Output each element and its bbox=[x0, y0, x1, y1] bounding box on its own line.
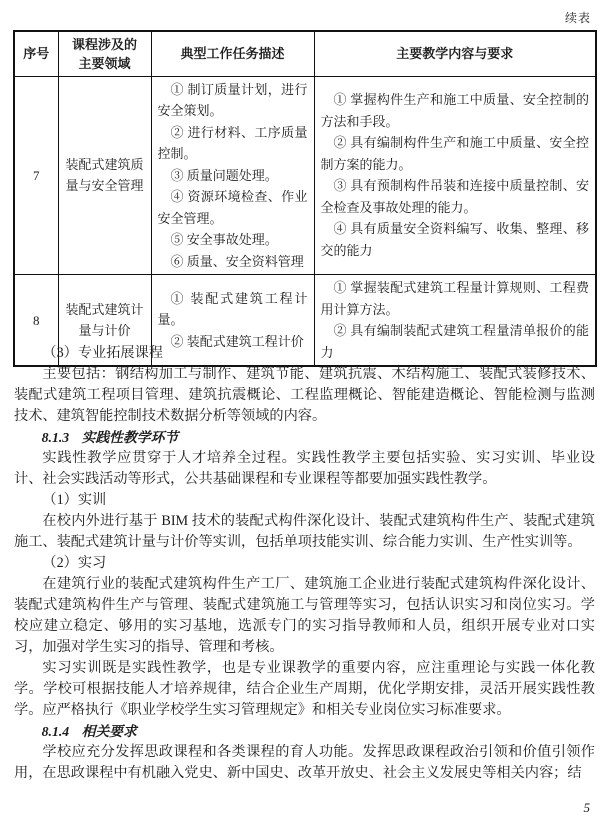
section-number: 8.1.3 bbox=[42, 430, 70, 445]
paragraph: 在校内外进行基于 BIM 技术的装配式构件深化设计、装配式建筑构件生产、装配式建… bbox=[14, 511, 595, 553]
body-text: （3）专业拓展课程 主要包括：钢结构加工与制作、建筑节能、建筑抗震、木结构施工、… bbox=[14, 343, 595, 784]
paragraph: 主要包括：钢结构加工与制作、建筑节能、建筑抗震、木结构施工、装配式装修技术、装配… bbox=[14, 364, 595, 427]
col-header-tasks: 典型工作任务描述 bbox=[151, 31, 314, 76]
col-header-contents: 主要教学内容与要求 bbox=[314, 31, 596, 76]
section-heading-814: 8.1.4相关要求 bbox=[14, 721, 595, 742]
section-title: 相关要求 bbox=[82, 724, 137, 739]
task-item: ⑥ 质量、安全资料管理 bbox=[158, 251, 308, 273]
content-item: ④ 具有质量安全资料编写、收集、整理、移交的能力 bbox=[321, 218, 590, 261]
task-item: ② 进行材料、工序质量控制。 bbox=[158, 122, 308, 165]
section-heading-813: 8.1.3实践性教学环节 bbox=[14, 427, 595, 448]
table-row: 7 装配式建筑质量与安全管理 ① 制订质量计划，进行安全策划。 ② 进行材料、工… bbox=[14, 76, 596, 275]
paragraph: （1）实训 bbox=[14, 490, 595, 511]
page-number: 5 bbox=[584, 800, 591, 816]
section-title: 实践性教学环节 bbox=[82, 430, 179, 445]
task-item: ④ 资源环境检查、作业安全管理。 bbox=[158, 186, 308, 229]
paragraph: 实践性教学应贯穿于人才培养全过程。实践性教学主要包括实验、实习实训、毕业设计、社… bbox=[14, 448, 595, 490]
row-tasks: ① 制订质量计划，进行安全策划。 ② 进行材料、工序质量控制。 ③ 质量问题处理… bbox=[151, 76, 314, 275]
section-number: 8.1.4 bbox=[42, 724, 70, 739]
content-item: ① 掌握构件生产和施工中质量、安全控制的方法和手段。 bbox=[321, 89, 590, 132]
task-item: ③ 质量问题处理。 bbox=[158, 165, 308, 187]
paragraph: 实习实训既是实践性教学，也是专业课教学的重要内容，应注重理论与实践一体化教学。学… bbox=[14, 658, 595, 721]
document-page: 续表 序号 课程涉及的主要领域 典型工作任务描述 主要教学内容与要求 7 装配式… bbox=[0, 0, 609, 829]
curriculum-table: 序号 课程涉及的主要领域 典型工作任务描述 主要教学内容与要求 7 装配式建筑质… bbox=[13, 30, 597, 367]
row-no: 7 bbox=[14, 76, 58, 275]
row-domain: 装配式建筑质量与安全管理 bbox=[58, 76, 151, 275]
task-item: ① 装配式建筑工程计量。 bbox=[158, 288, 308, 331]
paragraph: 在建筑行业的装配式建筑构件生产工厂、建筑施工企业进行装配式建筑构件深化设计、装配… bbox=[14, 574, 595, 658]
col-header-domain: 课程涉及的主要领域 bbox=[58, 31, 151, 76]
table-header-row: 序号 课程涉及的主要领域 典型工作任务描述 主要教学内容与要求 bbox=[14, 31, 596, 76]
content-item: ① 掌握装配式建筑工程量计算规则、工程费用计算方法。 bbox=[321, 277, 590, 320]
col-header-no: 序号 bbox=[14, 31, 58, 76]
paragraph: （3）专业拓展课程 bbox=[14, 343, 595, 364]
content-item: ② 具有编制构件生产和施工中质量、安全控制方案的能力。 bbox=[321, 132, 590, 175]
row-contents: ① 掌握构件生产和施工中质量、安全控制的方法和手段。 ② 具有编制构件生产和施工… bbox=[314, 76, 596, 275]
paragraph: （2）实习 bbox=[14, 553, 595, 574]
content-item: ③ 具有预制构件吊装和连接中质量控制、安全检查及事故处理的能力。 bbox=[321, 175, 590, 218]
paragraph: 学校应充分发挥思政课程和各类课程的育人功能。发挥思政课程政治引领和价值引领作用，… bbox=[14, 742, 595, 784]
task-item: ① 制订质量计划，进行安全策划。 bbox=[158, 79, 308, 122]
task-item: ⑤ 安全事故处理。 bbox=[158, 229, 308, 251]
continued-table-label: 续表 bbox=[565, 9, 591, 26]
